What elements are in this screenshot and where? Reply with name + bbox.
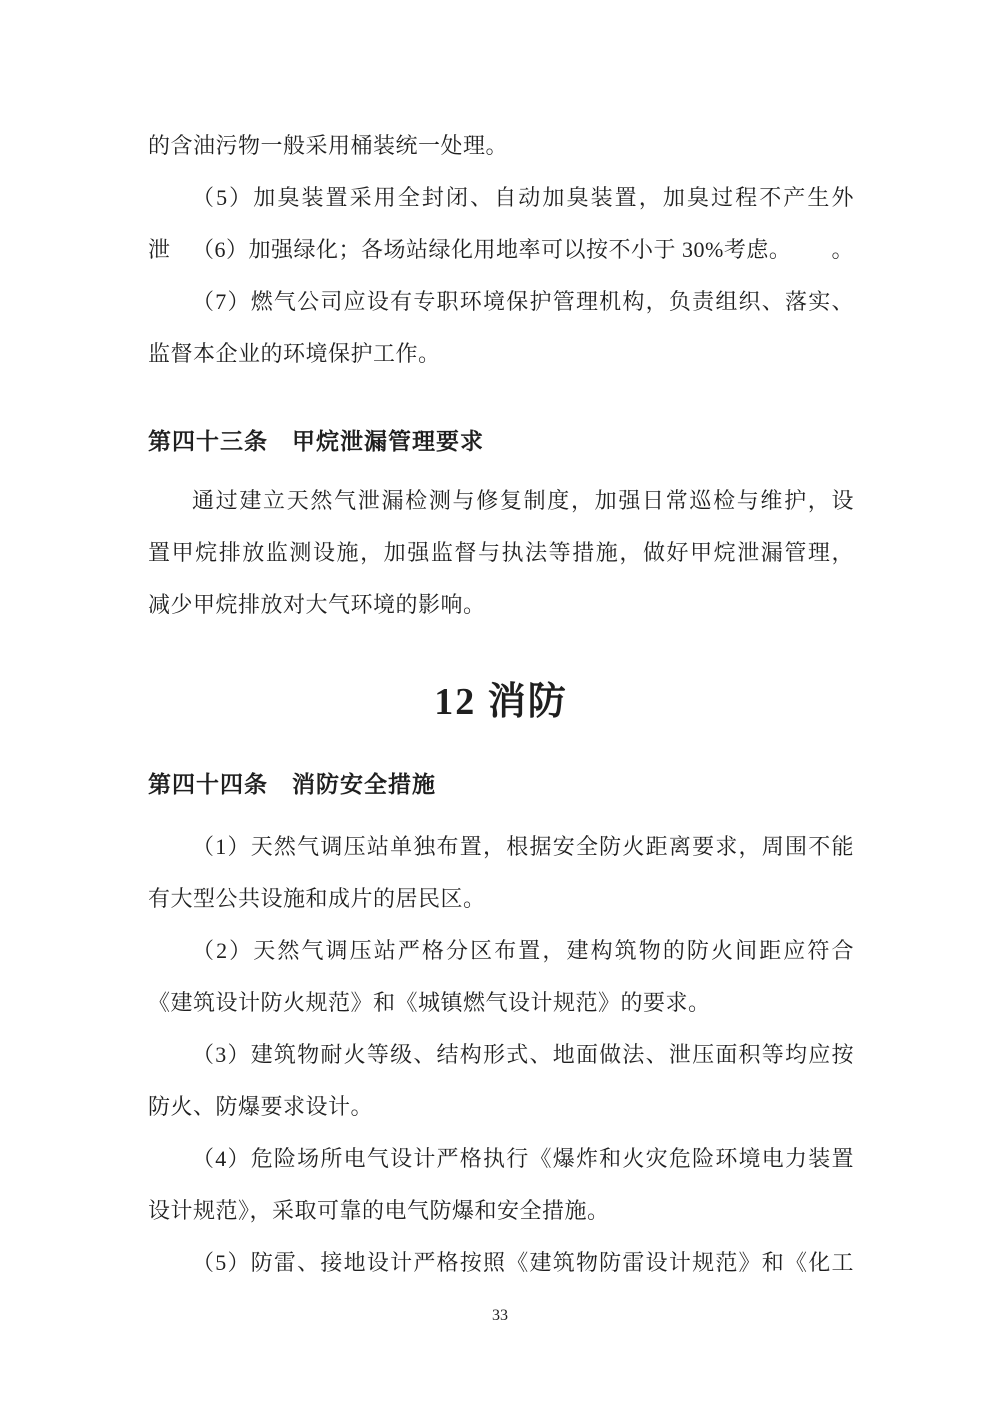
section-environment: 的含油污物一般采用桶装统一处理。 （5）加臭装置采用全封闭、自动加臭装置，加臭过… [148,120,854,380]
text-line: 《建筑设计防火规范》和《城镇燃气设计规范》的要求。 [148,977,854,1029]
text-line: 有大型公共设施和成片的居民区。 [148,873,854,925]
article-43-body: 通过建立天然气泄漏检测与修复制度，加强日常巡检与维护，设 置甲烷排放监测设施，加… [148,475,854,631]
text-line: （3）建筑物耐火等级、结构形式、地面做法、泄压面积等均应按 [148,1029,854,1081]
text-line: （5）防雷、接地设计严格按照《建筑物防雷设计规范》和《化工 [148,1237,854,1289]
text-line: （6）加强绿化；各场站绿化用地率可以按不小于 30%考虑。 [148,224,854,276]
article-44-heading: 第四十四条 消防安全措施 [148,758,854,810]
text-line: 减少甲烷排放对大气环境的影响。 [148,579,854,631]
text-line: （1）天然气调压站单独布置，根据安全防火距离要求，周围不能 [148,821,854,873]
text-line: （4）危险场所电气设计严格执行《爆炸和火灾危险环境电力装置 [148,1133,854,1185]
text-line: 置甲烷排放监测设施，加强监督与执法等措施，做好甲烷泄漏管理， [148,527,854,579]
text-line: （7）燃气公司应设有专职环境保护管理机构，负责组织、落实、 [148,276,854,328]
page-number: 33 [0,1306,1000,1326]
article-44-body: （1）天然气调压站单独布置，根据安全防火距离要求，周围不能 有大型公共设施和成片… [148,821,854,1289]
text-line: 通过建立天然气泄漏检测与修复制度，加强日常巡检与维护，设 [148,475,854,527]
text-line: 的含油污物一般采用桶装统一处理。 [148,120,854,172]
chapter-12-title: 12 消防 [148,667,854,737]
text-line: 设计规范》，采取可靠的电气防爆和安全措施。 [148,1185,854,1237]
text-line: 监督本企业的环境保护工作。 [148,328,854,380]
text-line: （2）天然气调压站严格分区布置，建构筑物的防火间距应符合 [148,925,854,977]
text-line: 防火、防爆要求设计。 [148,1081,854,1133]
text-line: （5）加臭装置采用全封闭、自动加臭装置，加臭过程不产生外泄。 [148,172,854,224]
page-body: 的含油污物一般采用桶装统一处理。 （5）加臭装置采用全封闭、自动加臭装置，加臭过… [148,120,854,1289]
article-43-heading: 第四十三条 甲烷泄漏管理要求 [148,415,854,467]
document-page: 的含油污物一般采用桶装统一处理。 （5）加臭装置采用全封闭、自动加臭装置，加臭过… [0,0,1000,1414]
